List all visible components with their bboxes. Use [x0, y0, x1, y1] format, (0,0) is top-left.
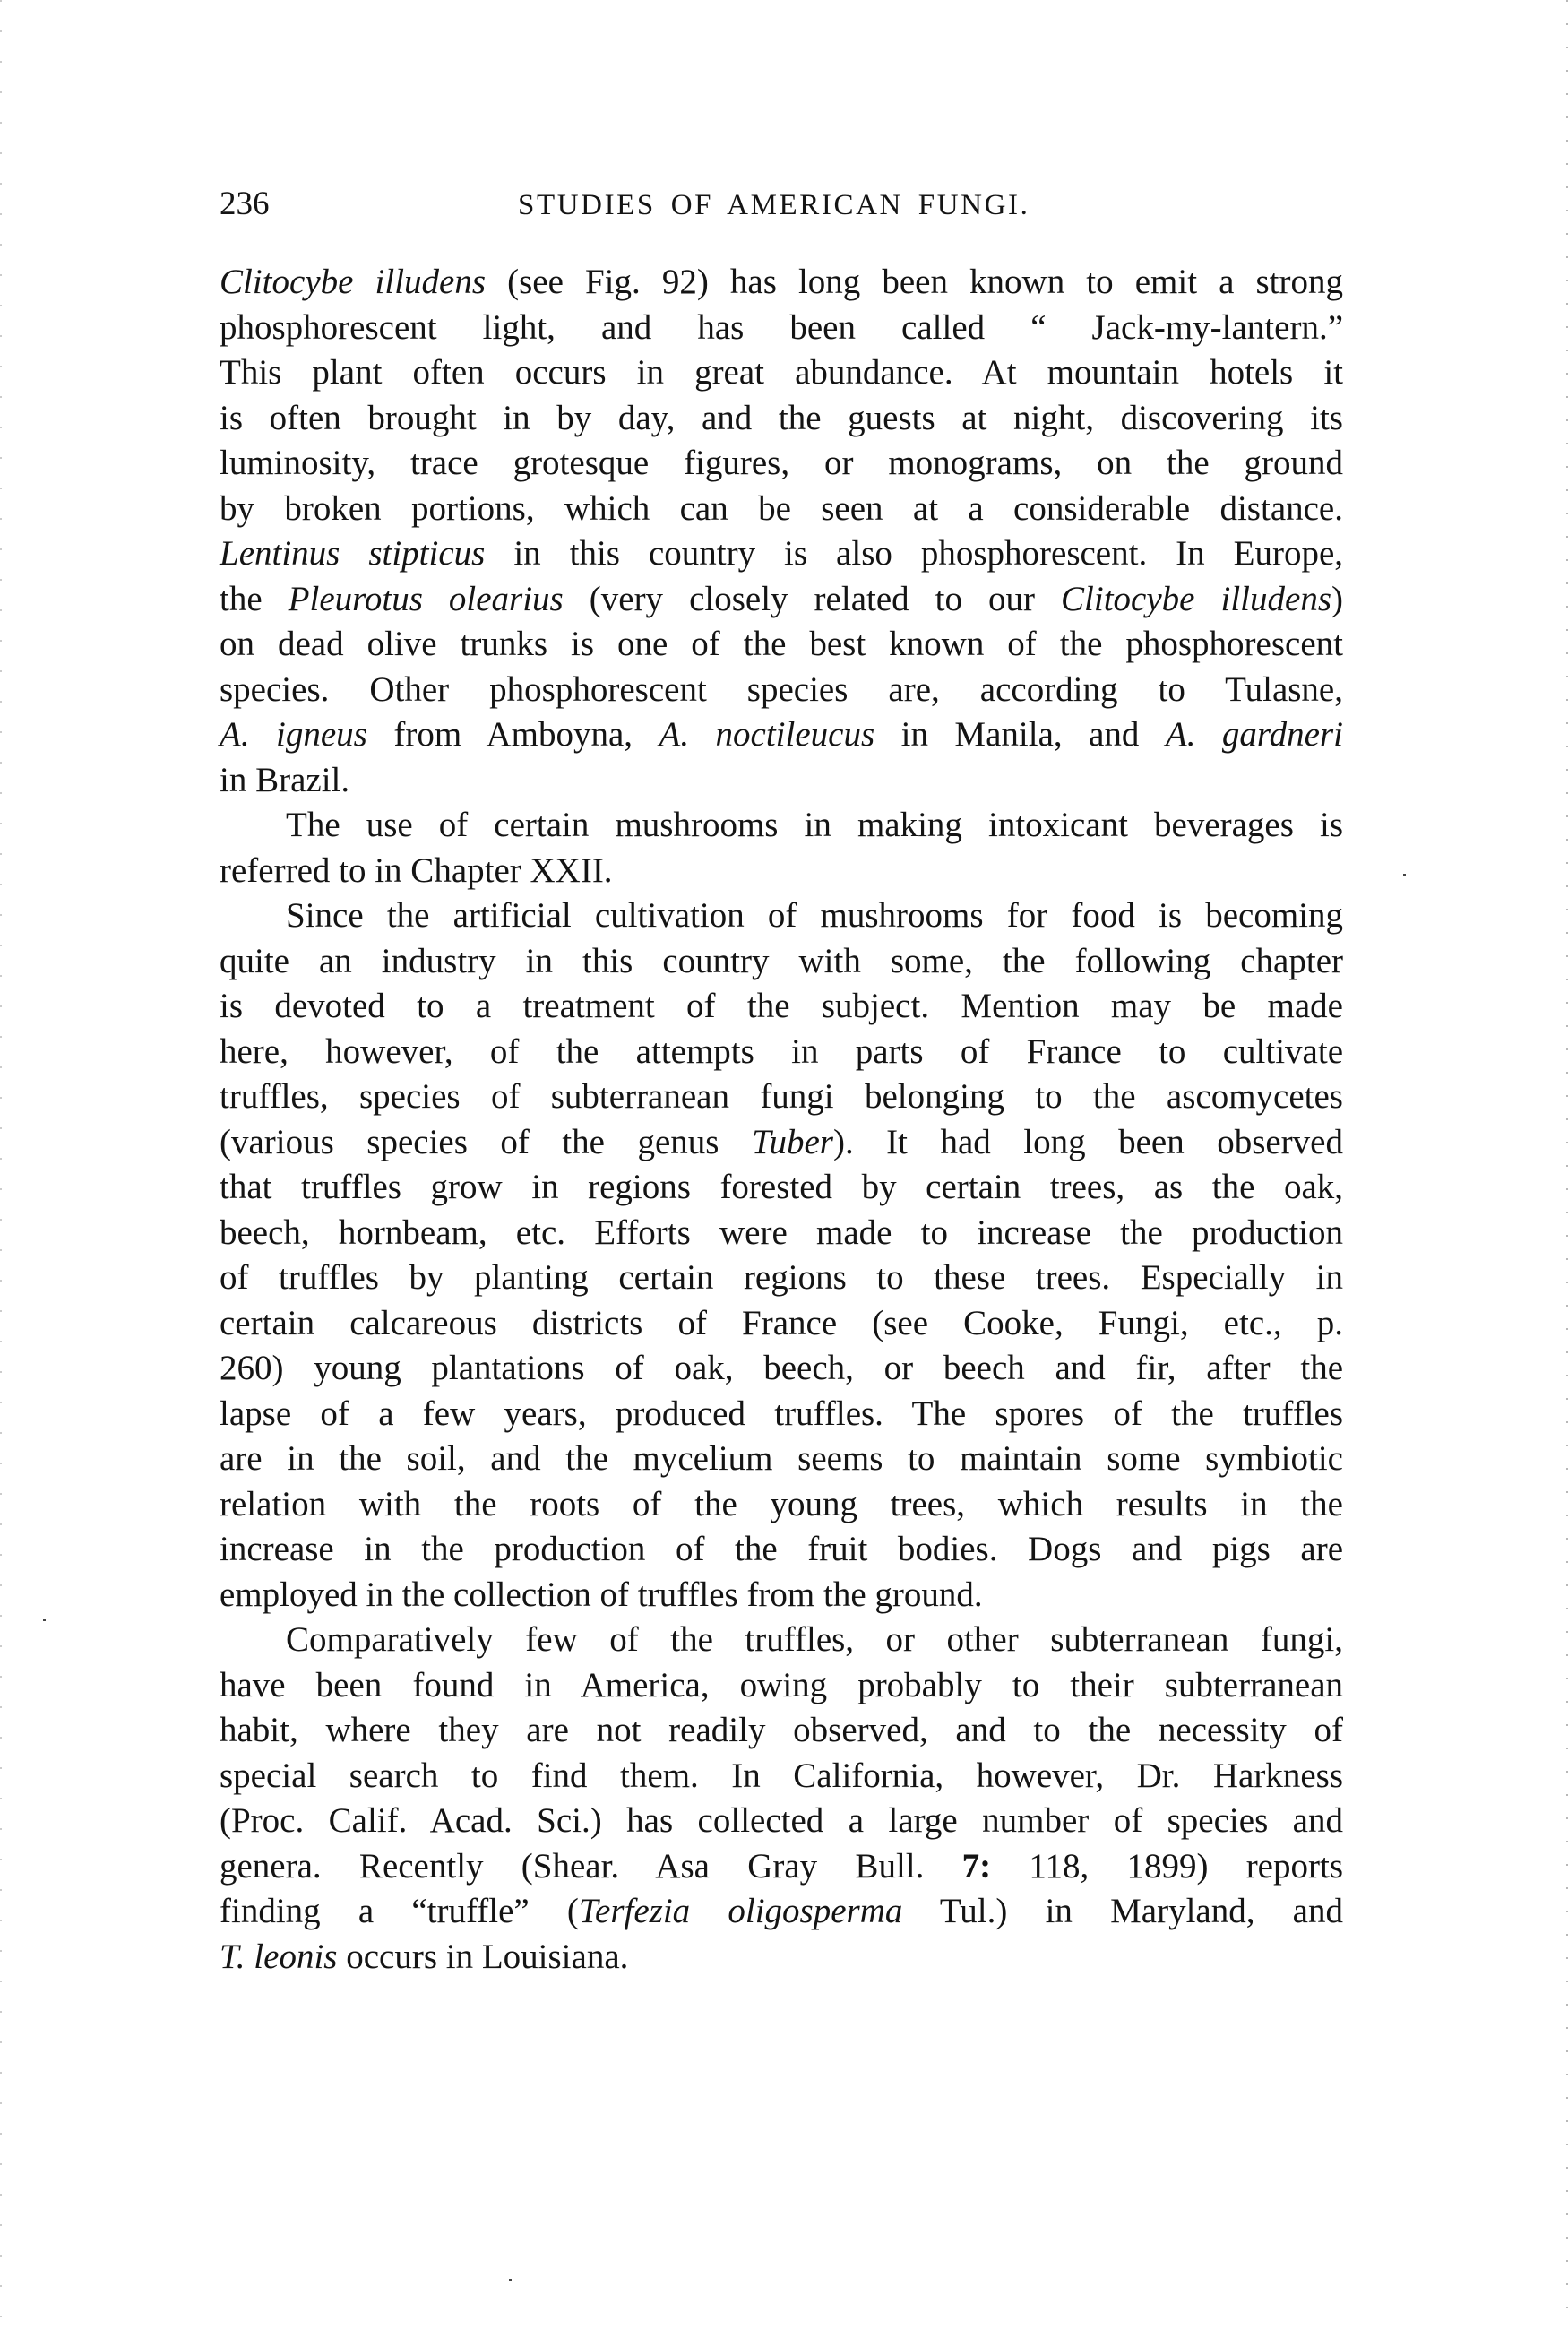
- italic-term: A. gardneri: [1166, 715, 1343, 754]
- text-run: genera. Recently (Shear. Asa Gray Bull.: [220, 1847, 962, 1886]
- text-line: (various species of the genus Tuber). It…: [220, 1120, 1343, 1166]
- text-line: A. igneus from Amboyna, A. noctileucus i…: [220, 712, 1343, 758]
- italic-term: Tuber: [752, 1123, 833, 1161]
- text-line: is devoted to a treatment of the subject…: [220, 984, 1343, 1030]
- text-run: truffles, species of subterranean fungi …: [220, 1077, 1343, 1116]
- paragraph: Comparatively few of the truffles, or ot…: [220, 1618, 1343, 1980]
- text-line: 260) young plantations of oak, beech, or…: [220, 1346, 1343, 1392]
- text-run: from Amboyna,: [367, 715, 659, 754]
- bold-volume: 7:: [962, 1847, 992, 1886]
- text-run: the: [220, 580, 289, 618]
- text-line: The use of certain mushrooms in making i…: [220, 803, 1343, 849]
- text-line: Comparatively few of the truffles, or ot…: [220, 1618, 1343, 1663]
- text-line: the Pleurotus olearius (very closely rel…: [220, 577, 1343, 623]
- running-title: Studies of American Fungi.: [518, 186, 1030, 225]
- text-line: Since the artificial cultivation of mush…: [220, 893, 1343, 939]
- paragraph: The use of certain mushrooms in making i…: [220, 803, 1343, 893]
- text-run: phosphorescent light, and has been calle…: [220, 308, 1343, 347]
- text-line: that truffles grow in regions forested b…: [220, 1165, 1343, 1211]
- italic-term: Clitocybe illudens: [220, 263, 486, 301]
- text-run: increase in the production of the fruit …: [220, 1530, 1343, 1568]
- text-line: phosphorescent light, and has been calle…: [220, 306, 1343, 351]
- text-run: certain calcareous districts of France (…: [220, 1304, 1343, 1342]
- text-run: (see Fig. 92) has long been known to emi…: [486, 263, 1343, 301]
- text-run: quite an industry in this country with s…: [220, 942, 1343, 980]
- text-run: ): [1331, 580, 1343, 618]
- text-run: finding a “truffle” (: [220, 1892, 579, 1930]
- text-line: employed in the collection of truffles f…: [220, 1573, 1343, 1618]
- scan-speck: [43, 1619, 46, 1621]
- text-run: relation with the roots of the young tre…: [220, 1485, 1343, 1523]
- italic-term: T. leonis: [220, 1937, 337, 1976]
- text-line: This plant often occurs in great abundan…: [220, 350, 1343, 396]
- text-line: here, however, of the attempts in parts …: [220, 1030, 1343, 1075]
- text-line: in Brazil.: [220, 758, 1343, 804]
- text-line: special search to find them. In Californ…: [220, 1754, 1343, 1799]
- text-line: finding a “truffle” (Terfezia oligosperm…: [220, 1889, 1343, 1935]
- text-run: by broken portions, which can be seen at…: [220, 489, 1343, 528]
- italic-term: A. noctileucus: [659, 715, 875, 754]
- paragraph: Since the artificial cultivation of mush…: [220, 893, 1343, 1618]
- text-run: 260) young plantations of oak, beech, or…: [220, 1349, 1343, 1387]
- text-run: ). It had long been observed: [833, 1123, 1343, 1161]
- text-line: (Proc. Calif. Acad. Sci.) has collected …: [220, 1799, 1343, 1844]
- text-line: are in the soil, and the mycelium seems …: [220, 1437, 1343, 1482]
- text-run: special search to find them. In Californ…: [220, 1756, 1343, 1795]
- text-line: species. Other phosphorescent species ar…: [220, 668, 1343, 713]
- text-line: by broken portions, which can be seen at…: [220, 487, 1343, 532]
- text-run: in Manila, and: [874, 715, 1166, 754]
- text-run: Tul.) in Maryland, and: [902, 1892, 1343, 1930]
- text-run: (various species of the genus: [220, 1123, 752, 1161]
- text-run: in this country is also phosphorescent. …: [485, 534, 1343, 573]
- text-line: increase in the production of the fruit …: [220, 1527, 1343, 1573]
- text-line: truffles, species of subterranean fungi …: [220, 1074, 1343, 1120]
- text-line: relation with the roots of the young tre…: [220, 1482, 1343, 1528]
- text-run: (Proc. Calif. Acad. Sci.) has collected …: [220, 1801, 1343, 1840]
- text-line: have been found in America, owing probab…: [220, 1663, 1343, 1709]
- text-line: genera. Recently (Shear. Asa Gray Bull. …: [220, 1844, 1343, 1890]
- text-line: habit, where they are not readily observ…: [220, 1708, 1343, 1754]
- text-line: luminosity, trace grotesque figures, or …: [220, 441, 1343, 487]
- text-run: Comparatively few of the truffles, or ot…: [286, 1620, 1343, 1659]
- text-run: (very closely related to our: [564, 580, 1061, 618]
- text-run: have been found in America, owing probab…: [220, 1666, 1343, 1704]
- text-run: on dead olive trunks is one of the best …: [220, 625, 1343, 663]
- text-line: lapse of a few years, produced truffles.…: [220, 1392, 1343, 1437]
- text-run: referred to in Chapter XXII.: [220, 851, 613, 890]
- body-text: Clitocybe illudens (see Fig. 92) has lon…: [220, 260, 1343, 1980]
- text-line: quite an industry in this country with s…: [220, 939, 1343, 985]
- scan-speck: [1403, 874, 1406, 876]
- page-number: 236: [220, 185, 270, 224]
- text-run: beech, hornbeam, etc. Efforts were made …: [220, 1213, 1343, 1252]
- italic-term: Lentinus stipticus: [220, 534, 485, 573]
- text-line: of truffles by planting certain regions …: [220, 1256, 1343, 1301]
- scan-speck: [509, 2279, 512, 2281]
- text-line: Lentinus stipticus in this country is al…: [220, 531, 1343, 577]
- text-line: certain calcareous districts of France (…: [220, 1301, 1343, 1347]
- text-run: This plant often occurs in great abundan…: [220, 353, 1343, 392]
- text-run: is often brought in by day, and the gues…: [220, 399, 1343, 437]
- text-run: lapse of a few years, produced truffles.…: [220, 1394, 1343, 1433]
- paragraph: Clitocybe illudens (see Fig. 92) has lon…: [220, 260, 1343, 803]
- text-run: Since the artificial cultivation of mush…: [286, 896, 1343, 935]
- text-run: luminosity, trace grotesque figures, or …: [220, 444, 1343, 482]
- text-line: Clitocybe illudens (see Fig. 92) has lon…: [220, 260, 1343, 306]
- text-line: referred to in Chapter XXII.: [220, 849, 1343, 894]
- text-run: are in the soil, and the mycelium seems …: [220, 1439, 1343, 1478]
- book-page: 236 Studies of American Fungi. Clitocybe…: [0, 0, 1568, 2330]
- text-run: occurs in Louisiana.: [337, 1937, 628, 1976]
- italic-term: A. igneus: [220, 715, 367, 754]
- text-run: is devoted to a treatment of the subject…: [220, 987, 1343, 1025]
- italic-term: Clitocybe illudens: [1061, 580, 1331, 618]
- text-line: T. leonis occurs in Louisiana.: [220, 1935, 1343, 1980]
- text-line: on dead olive trunks is one of the best …: [220, 622, 1343, 668]
- text-run: habit, where they are not readily observ…: [220, 1711, 1343, 1749]
- text-run: species. Other phosphorescent species ar…: [220, 670, 1343, 709]
- text-run: The use of certain mushrooms in making i…: [286, 806, 1343, 844]
- italic-term: Pleurotus olearius: [289, 580, 564, 618]
- text-line: beech, hornbeam, etc. Efforts were made …: [220, 1211, 1343, 1256]
- text-line: is often brought in by day, and the gues…: [220, 396, 1343, 442]
- italic-term: Terfezia oligosperma: [579, 1892, 902, 1930]
- text-run: 118, 1899) reports: [991, 1847, 1343, 1886]
- running-head: 236 Studies of American Fungi.: [220, 185, 1343, 224]
- text-run: that truffles grow in regions forested b…: [220, 1168, 1343, 1206]
- scan-edge-left: [0, 0, 2, 2330]
- text-run: of truffles by planting certain regions …: [220, 1258, 1343, 1297]
- text-run: employed in the collection of truffles f…: [220, 1575, 983, 1614]
- text-run: in Brazil.: [220, 761, 349, 799]
- text-run: here, however, of the attempts in parts …: [220, 1032, 1343, 1071]
